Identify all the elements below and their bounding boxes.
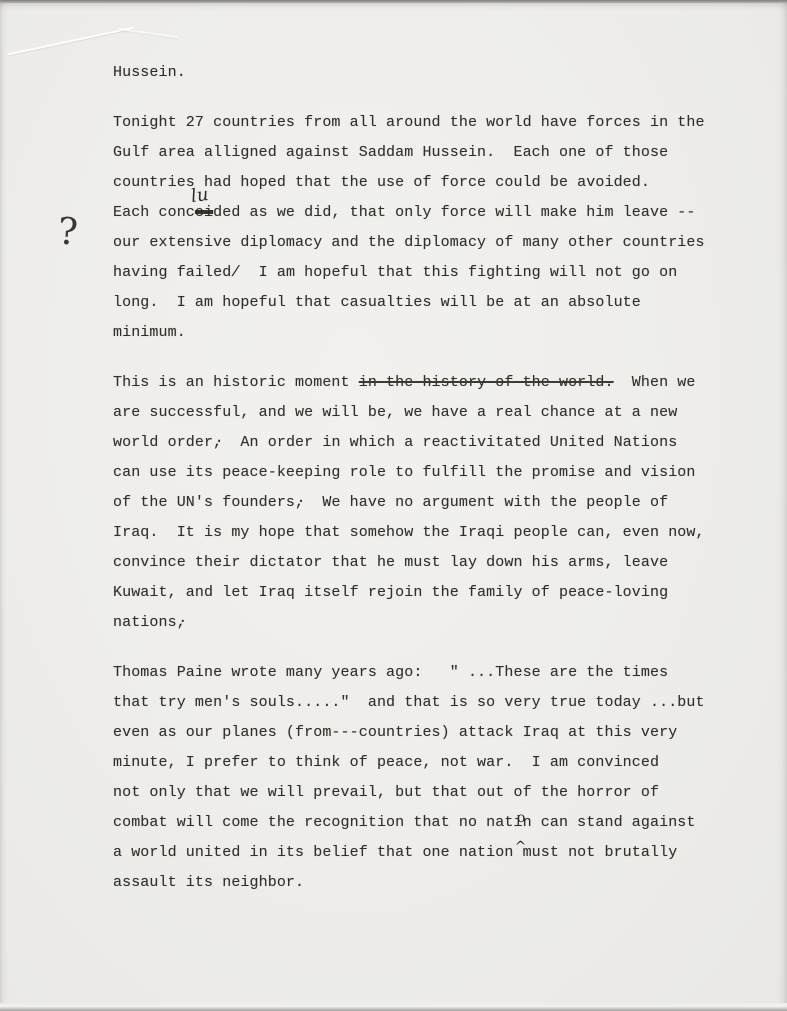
- typed-line: combat will come the recognition that no…: [113, 808, 743, 838]
- typed-line: Hussein.: [113, 58, 743, 88]
- overtype-over-char: .: [178, 604, 187, 634]
- typed-text: combat will come the recognition that no…: [113, 814, 523, 831]
- typed-text: Hussein.: [113, 64, 186, 81]
- typed-paragraph: Hussein.: [113, 58, 743, 88]
- scan-edge-top: [0, 0, 787, 3]
- typed-line: not only that we will prevail, but that …: [113, 778, 743, 808]
- typed-text: long. I am hopeful that casualties will …: [113, 294, 641, 311]
- typed-text: minute, I prefer to think of peace, not …: [113, 754, 659, 771]
- struck-through-text: in the history of the world.: [359, 374, 614, 391]
- typed-paragraph: Thomas Paine wrote many years ago: " ...…: [113, 658, 743, 898]
- typed-text: When we: [614, 374, 696, 391]
- typed-text: that try men's souls....." and that is s…: [113, 694, 705, 711]
- inserted-letter: o: [516, 811, 525, 826]
- typed-text: Iraq. It is my hope that somehow the Ira…: [113, 524, 705, 541]
- typed-text: minimum.: [113, 324, 186, 341]
- scanned-document-page: ? Hussein.Tonight 27 countries from all …: [0, 0, 787, 1011]
- typed-text: even as our planes (from---countries) at…: [113, 724, 677, 741]
- typed-text: our extensive diplomacy and the diplomac…: [113, 234, 705, 251]
- overtype-over-char: .: [215, 424, 224, 454]
- typed-line: Kuwait, and let Iraq itself rejoin the f…: [113, 578, 743, 608]
- typed-line: even as our planes (from---countries) at…: [113, 718, 743, 748]
- overstruck-typo: eilu: [195, 204, 213, 221]
- typed-text: a world united in its belief that one na…: [113, 844, 677, 861]
- typed-line: our extensive diplomacy and the diplomac…: [113, 228, 743, 258]
- typed-text: nations: [113, 614, 177, 631]
- typed-line: Gulf area alligned against Saddam Hussei…: [113, 138, 743, 168]
- typed-line: world order,. An order in which a reacti…: [113, 428, 743, 458]
- typed-line: are successful, and we will be, we have …: [113, 398, 743, 428]
- typed-paragraph: Tonight 27 countries from all around the…: [113, 108, 743, 348]
- typed-text: Kuwait, and let Iraq itself rejoin the f…: [113, 584, 668, 601]
- typed-text: are successful, and we will be, we have …: [113, 404, 677, 421]
- typed-text: An order in which a reactivitated United…: [222, 434, 677, 451]
- typed-text: Thomas Paine wrote many years ago: " ...…: [113, 664, 668, 681]
- overtype-over-char: .: [297, 484, 306, 514]
- insertion-caret-icon: ^: [515, 840, 527, 854]
- typed-line: a world united in its belief that one na…: [113, 838, 743, 868]
- typed-text: We have no argument with the people of: [304, 494, 668, 511]
- typed-text: world order: [113, 434, 213, 451]
- typed-line: long. I am hopeful that casualties will …: [113, 288, 743, 318]
- typed-text: I am hopeful that this fighting will not…: [240, 264, 677, 281]
- handwritten-question-mark: ?: [57, 212, 79, 253]
- typed-text: Tonight 27 countries from all around the…: [113, 114, 705, 131]
- typed-text: convince their dictator that he must lay…: [113, 554, 668, 571]
- typed-paragraph: This is an historic moment in the histor…: [113, 368, 743, 638]
- typed-line: convince their dictator that he must lay…: [113, 548, 743, 578]
- overtyped-punctuation: ,.: [213, 428, 222, 458]
- typed-line: can use its peace-keeping role to fulfil…: [113, 458, 743, 488]
- typed-text: n can stand against: [523, 814, 696, 831]
- typed-text: Gulf area alligned against Saddam Hussei…: [113, 144, 668, 161]
- typed-line: minute, I prefer to think of peace, not …: [113, 748, 743, 778]
- typed-line: minimum.: [113, 318, 743, 348]
- overtyped-punctuation: ,.: [177, 608, 186, 638]
- typed-line: having failed/ I am hopeful that this fi…: [113, 258, 743, 288]
- typed-line: Each conceiluded as we did, that only fo…: [113, 198, 743, 228]
- typed-text-block: Hussein.Tonight 27 countries from all ar…: [113, 58, 743, 918]
- typed-line: Tonight 27 countries from all around the…: [113, 108, 743, 138]
- paper-crease: [7, 27, 135, 56]
- typed-text: assault its neighbor.: [113, 874, 304, 891]
- typed-text: can use its peace-keeping role to fulfil…: [113, 464, 696, 481]
- overtyped-punctuation: ,.: [295, 488, 304, 518]
- typed-text: Each conc: [113, 204, 195, 221]
- typed-text: having failed: [113, 264, 231, 281]
- typed-line: that try men's souls....." and that is s…: [113, 688, 743, 718]
- handwritten-correction: lu: [190, 186, 210, 206]
- typed-line: assault its neighbor.: [113, 868, 743, 898]
- typed-text: This is an historic moment: [113, 374, 359, 391]
- typed-line: Thomas Paine wrote many years ago: " ...…: [113, 658, 743, 688]
- typed-text: of the UN's founders: [113, 494, 295, 511]
- scan-edge-bottom: [0, 1003, 787, 1011]
- typed-line: nations,.: [113, 608, 743, 638]
- typed-line: Iraq. It is my hope that somehow the Ira…: [113, 518, 743, 548]
- typed-text: ded as we did, that only force will make…: [213, 204, 695, 221]
- typed-line: This is an historic moment in the histor…: [113, 368, 743, 398]
- typed-text: not only that we will prevail, but that …: [113, 784, 659, 801]
- paper-crease: [118, 28, 178, 38]
- typed-line: of the UN's founders,. We have no argume…: [113, 488, 743, 518]
